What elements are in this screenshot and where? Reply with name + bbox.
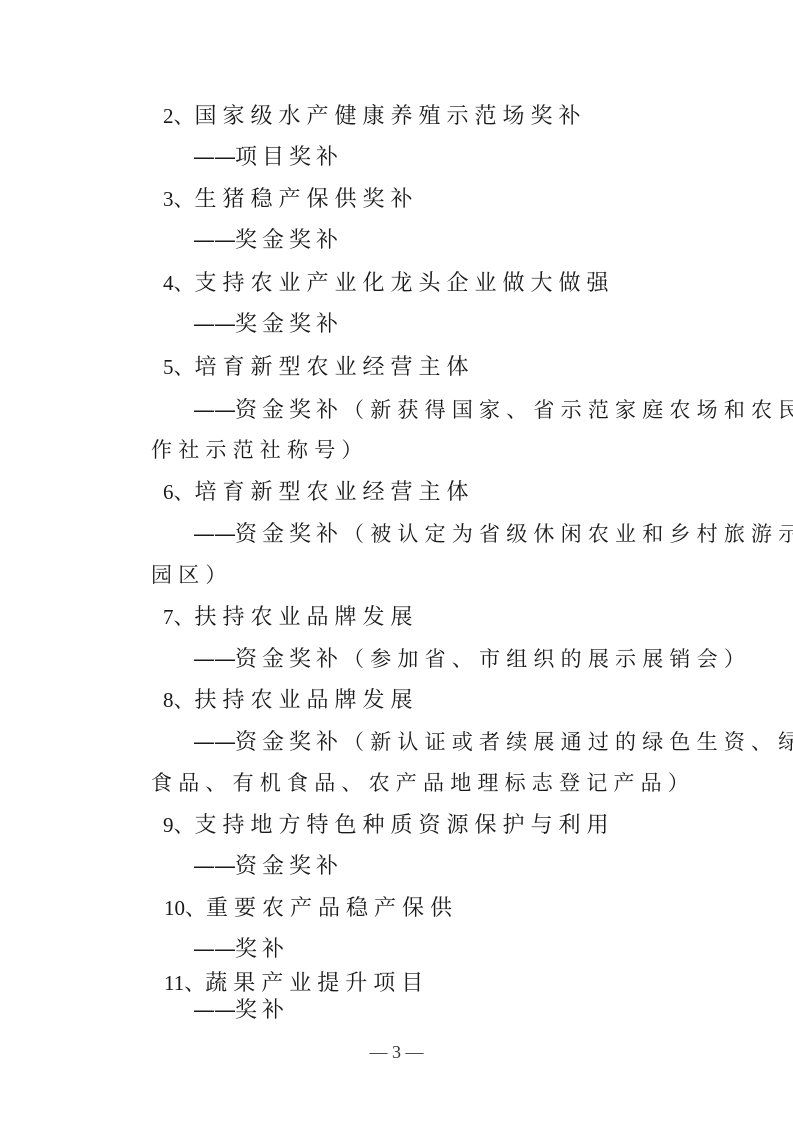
item-heading: 8、扶持农业品牌发展 — [163, 686, 419, 714]
item-note-continued: 园区） — [151, 561, 233, 589]
item-title: 扶持农业品牌发展 — [195, 688, 419, 713]
item-title: 培育新型农业经营主体 — [195, 480, 475, 505]
em-dash: —— — [193, 647, 235, 672]
em-dash: —— — [193, 998, 235, 1023]
item-heading: 6、培育新型农业经营主体 — [163, 478, 475, 506]
item-title: 扶持农业品牌发展 — [195, 605, 419, 630]
item-title: 生猪稳产保供奖补 — [195, 187, 419, 212]
item-subtitle: 资金奖补 — [235, 398, 343, 423]
item-number: 10、 — [164, 894, 206, 922]
item-title: 支持农业产业化龙头企业做大做强 — [195, 271, 615, 296]
item-subtitle: 奖补 — [235, 998, 289, 1023]
em-dash: —— — [193, 312, 235, 337]
item-subtitle: 资金奖补 — [235, 522, 343, 547]
item-heading: 7、扶持农业品牌发展 — [163, 603, 419, 631]
item-subtitle-line: ——奖补 — [193, 936, 289, 964]
item-number: 9、 — [163, 811, 195, 839]
item-number: 5、 — [163, 353, 195, 381]
item-number: 7、 — [163, 603, 195, 631]
item-title: 培育新型农业经营主体 — [195, 355, 475, 380]
document-page: 2、国家级水产健康养殖示范场奖补 ——项目奖补 3、生猪稳产保供奖补 ——奖金奖… — [0, 0, 793, 1122]
item-heading: 9、支持地方特色种质资源保护与利用 — [163, 811, 615, 839]
item-subtitle: 项目奖补 — [235, 145, 343, 170]
item-subtitle: 奖金奖补 — [235, 228, 343, 253]
item-subtitle: 奖补 — [235, 937, 289, 962]
item-heading: 10、重要农产品稳产保供 — [164, 894, 458, 922]
item-heading: 4、支持农业产业化龙头企业做大做强 — [163, 269, 615, 297]
item-number: 2、 — [163, 102, 195, 130]
item-subtitle-line: ——资金奖补（新获得国家、省示范家庭农场和农民合 — [193, 396, 793, 424]
em-dash: —— — [193, 228, 235, 253]
item-subtitle-line: ——资金奖补（新认证或者续展通过的绿色生资、绿色 — [193, 728, 793, 756]
item-note: （新获得国家、省示范家庭农场和农民合 — [343, 398, 793, 422]
item-note: （被认定为省级休闲农业和乡村旅游示范 — [343, 522, 793, 546]
item-title: 支持地方特色种质资源保护与利用 — [195, 813, 615, 838]
item-subtitle-line: ——奖金奖补 — [193, 227, 343, 255]
item-number: 6、 — [163, 478, 195, 506]
em-dash: —— — [193, 398, 235, 423]
page-number: — 3 — — [0, 1042, 793, 1063]
item-title: 蔬果产业提升项目 — [205, 971, 429, 996]
item-subtitle-line: ——项目奖补 — [193, 144, 343, 172]
item-subtitle-line: ——资金奖补（参加省、市组织的展示展销会） — [193, 645, 751, 673]
item-subtitle: 资金奖补 — [235, 854, 343, 879]
item-note-continued: 作社示范社称号） — [151, 436, 369, 464]
item-number: 11、 — [164, 969, 205, 997]
item-subtitle-line: ——资金奖补 — [193, 853, 343, 881]
em-dash: —— — [193, 730, 235, 755]
item-subtitle: 资金奖补 — [235, 730, 343, 755]
item-heading: 2、国家级水产健康养殖示范场奖补 — [163, 102, 587, 130]
item-heading: 11、蔬果产业提升项目 — [164, 969, 429, 997]
em-dash: —— — [193, 854, 235, 879]
item-number: 8、 — [163, 686, 195, 714]
item-subtitle: 奖金奖补 — [235, 312, 343, 337]
item-subtitle-line: ——奖补 — [193, 997, 289, 1025]
em-dash: —— — [193, 937, 235, 962]
item-number: 3、 — [163, 185, 195, 213]
item-title: 国家级水产健康养殖示范场奖补 — [195, 104, 587, 129]
item-title: 重要农产品稳产保供 — [206, 896, 458, 921]
item-subtitle-line: ——奖金奖补 — [193, 311, 343, 339]
item-subtitle: 资金奖补 — [235, 647, 343, 672]
item-heading: 3、生猪稳产保供奖补 — [163, 185, 419, 213]
item-heading: 5、培育新型农业经营主体 — [163, 353, 475, 381]
item-number: 4、 — [163, 269, 195, 297]
item-subtitle-line: ——资金奖补（被认定为省级休闲农业和乡村旅游示范 — [193, 520, 793, 548]
item-note: （参加省、市组织的展示展销会） — [343, 647, 751, 671]
em-dash: —— — [193, 145, 235, 170]
item-note-continued: 食品、有机食品、农产品地理标志登记产品） — [151, 769, 695, 797]
item-note: （新认证或者续展通过的绿色生资、绿色 — [343, 730, 793, 754]
em-dash: —— — [193, 522, 235, 547]
